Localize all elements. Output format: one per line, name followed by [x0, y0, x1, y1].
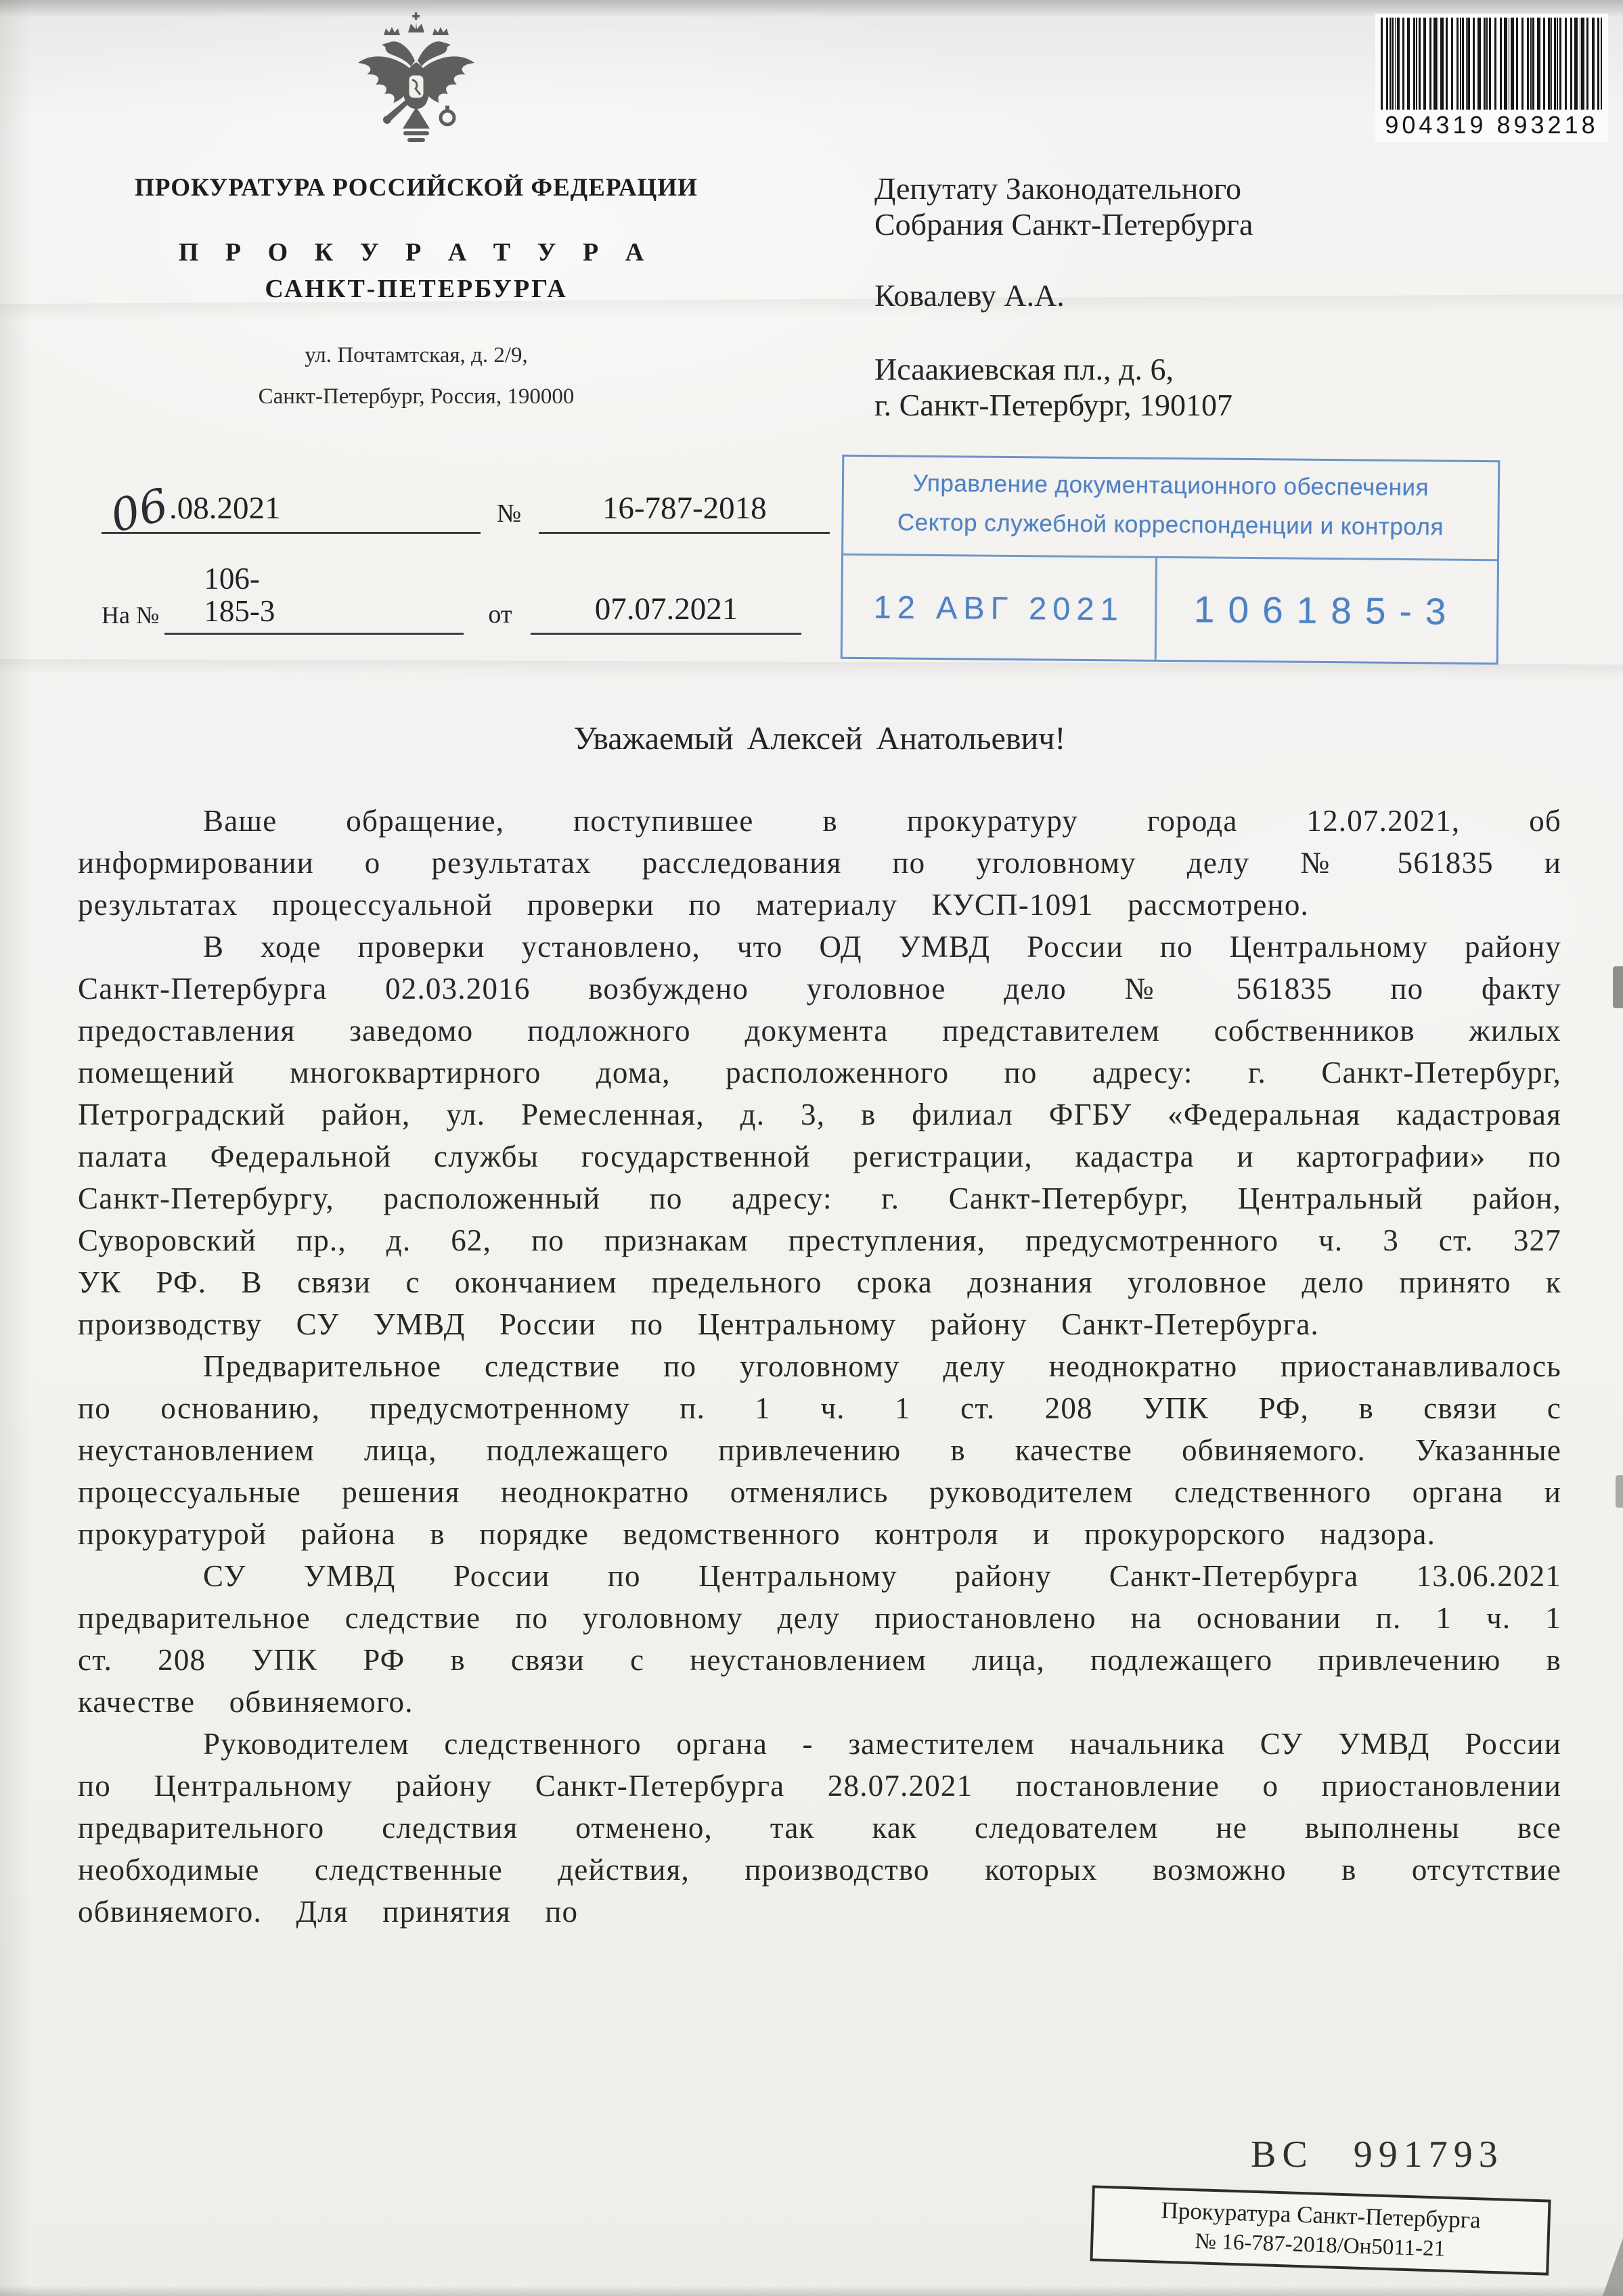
outgoing-date-printed: .08.2021 — [169, 490, 281, 526]
scanned-letter-page: ПРОКУРАТУРА РОССИЙСКОЙ ФЕДЕРАЦИИ П Р О К… — [0, 0, 1623, 2296]
barcode: 904319 893218 — [1375, 14, 1608, 142]
outgoing-reference-row: 06.08.2021 № 16-787-2018 — [102, 482, 839, 534]
barcode-digits: 904319 893218 — [1381, 111, 1603, 139]
addressee-line2: Собрания Санкт-Петербурга — [874, 206, 1253, 242]
incoming-number: 106-185-3 — [164, 562, 464, 635]
registration-stamp-date: 12 АВГ 2021 — [843, 556, 1157, 660]
letterhead-address-line1: ул. Почтамтская, д. 2/9, — [78, 343, 755, 368]
form-blank-number: ВС 991793 — [1251, 2133, 1504, 2176]
reference-block: 06.08.2021 № 16-787-2018 На № 106-185-3 … — [102, 482, 839, 635]
barcode-bars — [1381, 18, 1603, 110]
registration-stamp-fields: 12 АВГ 2021 106185-3 — [843, 556, 1497, 662]
addressee-name: Ковалеву А.А. — [874, 277, 1253, 313]
registration-stamp-line1: Управление документационного обеспечения — [844, 464, 1498, 508]
salutation: Уважаемый Алексей Анатольевич! — [78, 720, 1561, 757]
from-label: от — [488, 600, 512, 629]
letterhead-org-name-line1: П Р О К У Р А Т У Р А — [78, 238, 755, 267]
reply-to-label: На № — [102, 601, 159, 629]
registration-stamp-header: Управление документационного обеспечения… — [843, 457, 1498, 561]
coat-of-arms-icon — [349, 11, 484, 154]
scan-artifact-corner — [1603, 2238, 1623, 2296]
body-paragraph: Предварительное следствие по уголовному … — [78, 1345, 1561, 1555]
body-paragraph: Руководителем следственного органа - зам… — [78, 1723, 1561, 1933]
letterhead-org-name-line2: САНКТ-ПЕТЕРБУРГА — [78, 274, 755, 304]
scan-edge-shadow-left — [0, 0, 31, 2296]
incoming-reference-row: На № 106-185-3 от 07.07.2021 — [102, 562, 839, 635]
addressee-address-line2: г. Санкт-Петербург, 190107 — [874, 387, 1253, 423]
body-paragraph: СУ УМВД России по Центральному району Са… — [78, 1555, 1561, 1723]
registration-stamp: Управление документационного обеспечения… — [841, 455, 1500, 665]
outgoing-date-field: 06.08.2021 — [102, 482, 481, 534]
body-paragraph: В ходе проверки установлено, что ОД УМВД… — [78, 926, 1561, 1345]
addressee-block: Депутату Законодательного Собрания Санкт… — [874, 171, 1253, 423]
letter-body: Ваше обращение, поступившее в прокуратур… — [78, 800, 1561, 1933]
registration-stamp-number: 106185-3 — [1156, 558, 1497, 662]
outgoing-number: 16-787-2018 — [539, 490, 830, 534]
registration-stamp-line2: Сектор служебной корреспонденции и контр… — [843, 503, 1497, 547]
footer-stamp: Прокуратура Санкт-Петербурга № 16-787-20… — [1090, 2185, 1551, 2275]
scan-artifact — [1613, 966, 1623, 1008]
letterhead-federation-line: ПРОКУРАТУРА РОССИЙСКОЙ ФЕДЕРАЦИИ — [78, 173, 755, 202]
incoming-number-line1: 106- — [204, 562, 260, 595]
addressee-line1: Депутату Законодательного — [874, 171, 1253, 206]
letterhead: ПРОКУРАТУРА РОССИЙСКОЙ ФЕДЕРАЦИИ П Р О К… — [78, 0, 755, 409]
addressee-address-line1: Исаакиевская пл., д. 6, — [874, 351, 1253, 387]
scan-artifact — [1616, 1475, 1623, 1508]
handwritten-date-day: 06 — [106, 482, 172, 539]
number-sign-label: № — [497, 499, 521, 528]
incoming-number-line2: 185-3 — [204, 594, 275, 628]
incoming-date: 07.07.2021 — [531, 591, 801, 635]
body-paragraph: Ваше обращение, поступившее в прокуратур… — [78, 800, 1561, 926]
scan-edge-shadow-bottom — [0, 2285, 1623, 2296]
letterhead-address-line2: Санкт-Петербург, Россия, 190000 — [78, 384, 755, 409]
